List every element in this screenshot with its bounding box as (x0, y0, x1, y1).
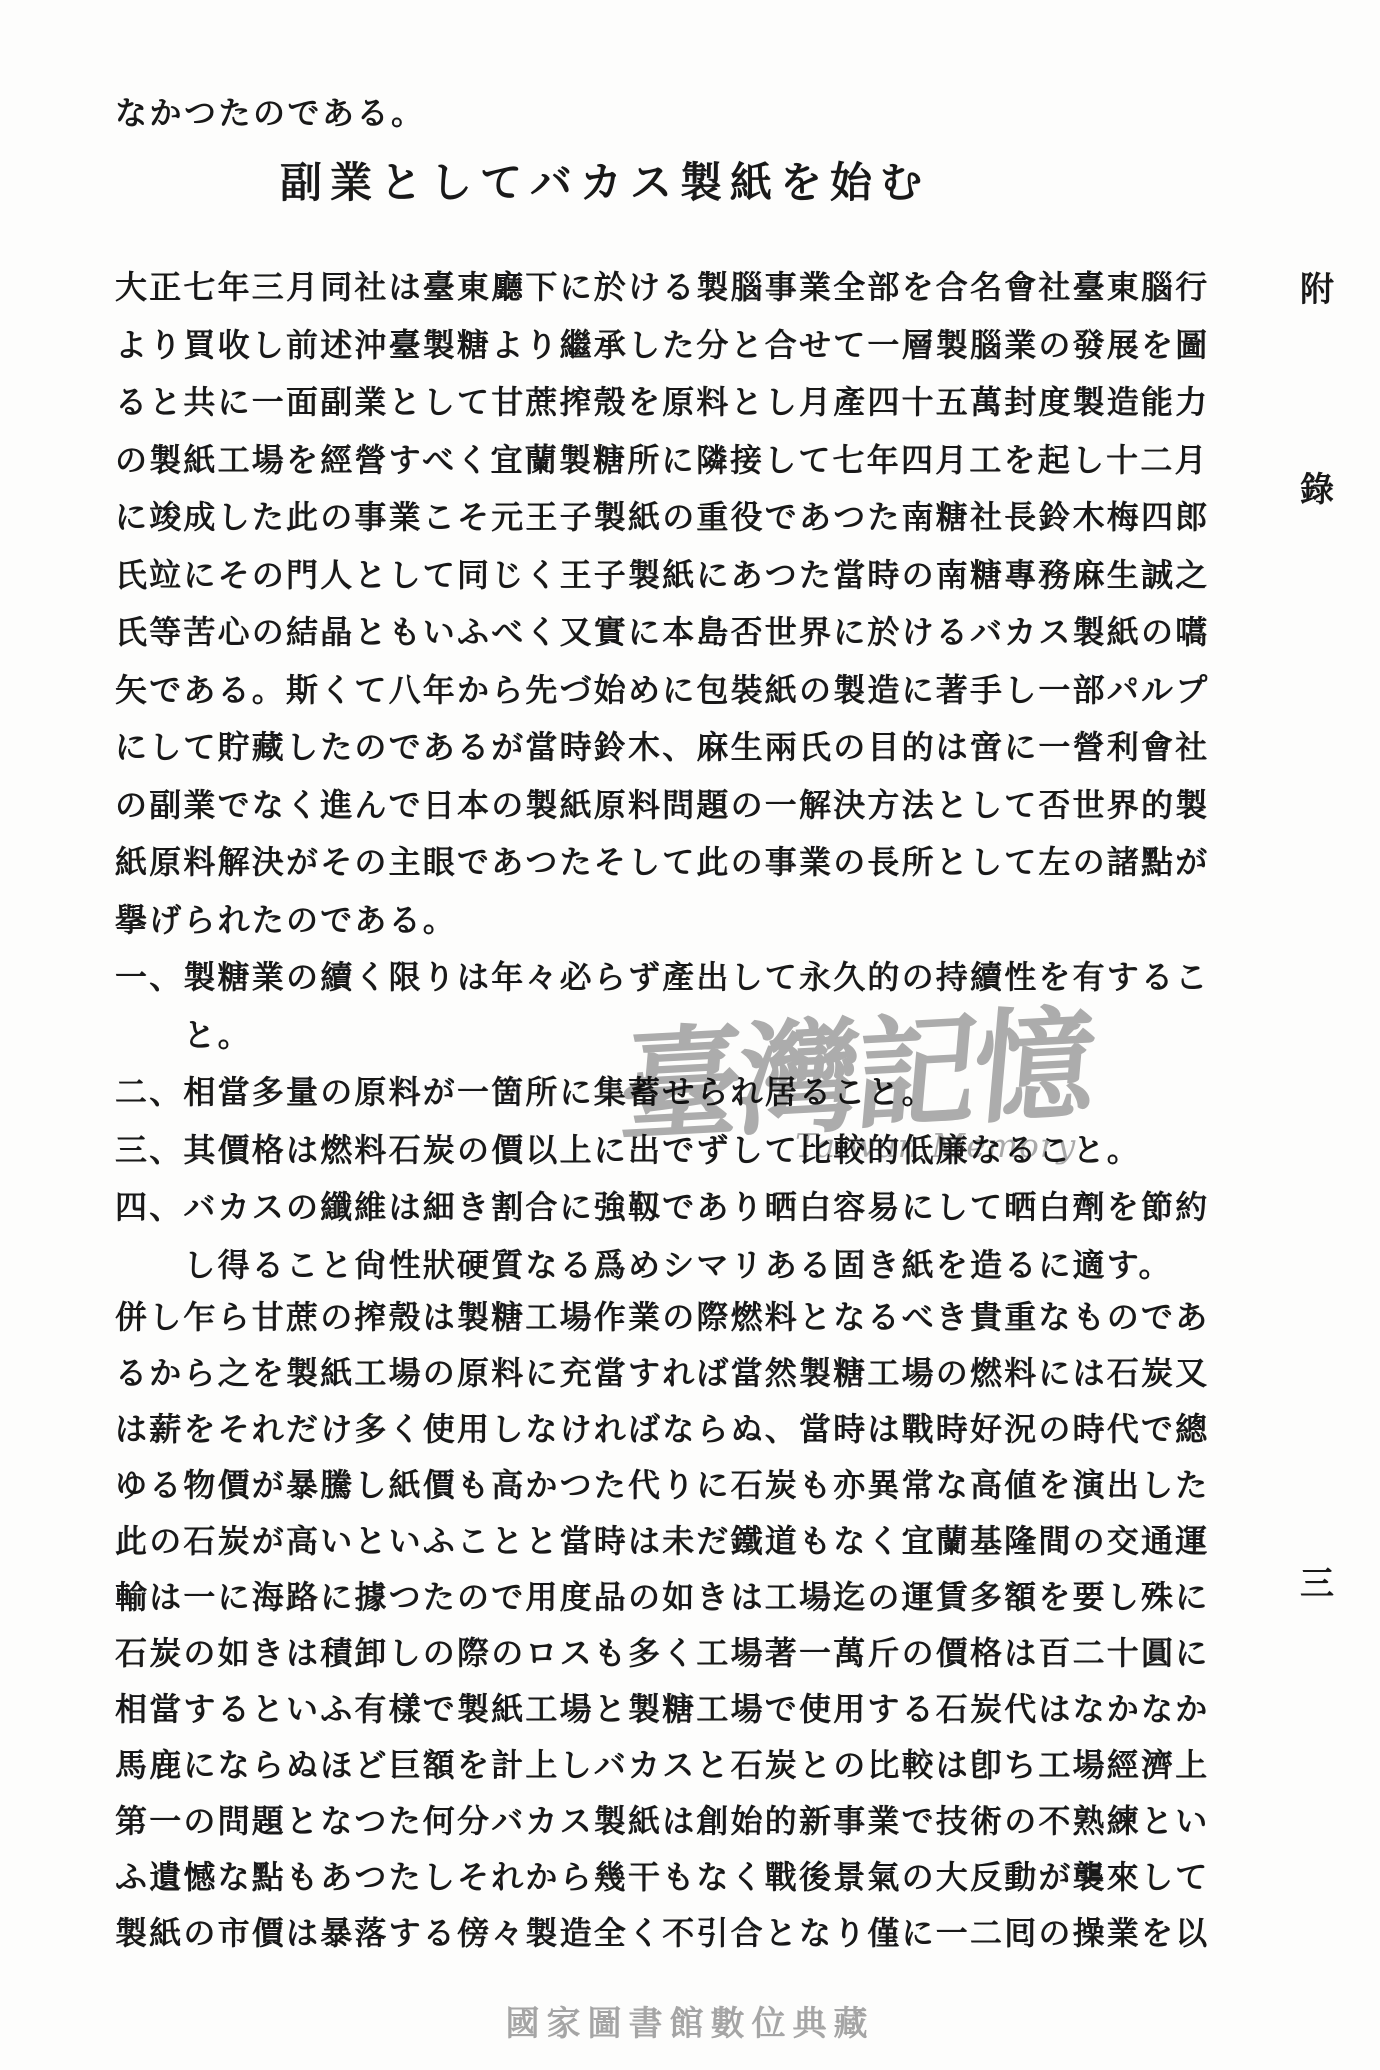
text-line: 四、バカスの纖維は細き割合に強靱であり晒白容易にして晒白劑を節約 (115, 1182, 1255, 1240)
text-line: 二、相當多量の原料が一箇所に集蓄せられ居ること。 (115, 1067, 1255, 1125)
text-line: 此の石炭が高いといふことと當時は未だ鐵道もなく宜蘭基隆間の交通運 (115, 1516, 1255, 1572)
text-line: 輸は一に海路に據つたので用度品の如きは工場迄の運賃多額を要し殊に (115, 1572, 1255, 1628)
text-line: 石炭の如きは積卸しの際のロスも多く工場著一萬斤の價格は百二十圓に (115, 1628, 1255, 1684)
text-line: ふ遺憾な點もあつたしそれから幾干もなく戰後景氣の大反動が襲來して (115, 1852, 1255, 1908)
section-heading: 副業としてバカス製紙を始む (115, 150, 1250, 210)
page-number: 三 (1300, 1556, 1334, 1605)
text-line: 大正七年三月同社は臺東廳下に於ける製腦事業全部を合名會社臺東腦行 (115, 262, 1255, 320)
text-line: にして貯藏したのであるが當時鈴木、麻生兩氏の目的は啻に一營利會社 (115, 722, 1255, 780)
text-line: 氏等苦心の結晶ともいふべく又實に本島否世界に於けるバカス製紙の嚆 (115, 607, 1255, 665)
text-line: 馬鹿にならぬほど巨額を計上しバカスと石炭との比較は卽ち工場經濟上 (115, 1740, 1255, 1796)
text-line: 三、其價格は燃料石炭の價以上に出でずして比較的低廉なること。 (115, 1125, 1255, 1183)
text-line: るから之を製紙工場の原料に充當すれば當然製糖工場の燃料には石炭又 (115, 1348, 1255, 1404)
margin-note-appendix-1: 附 (1300, 262, 1334, 311)
text-line: 紙原料解決がその主眼であつたそして此の事業の長所として左の諸點が (115, 837, 1255, 895)
library-footer-caption: 國家圖書館數位典藏 (0, 1996, 1380, 2045)
opening-line: なかつたのである。 (115, 88, 426, 134)
text-line: し得ること尙性狀硬質なる爲めシマリある固き紙を造るに適す。 (115, 1240, 1255, 1298)
paragraph-1: 大正七年三月同社は臺東廳下に於ける製腦事業全部を合名會社臺東腦行より買收し前述沖… (115, 262, 1255, 952)
text-line: 製紙の市價は暴落する傍々製造全く不引合となり僅に一二囘の操業を以 (115, 1908, 1255, 1964)
text-line: 併し乍ら甘蔗の搾殼は製糖工場作業の際燃料となるべき貴重なものであ (115, 1292, 1255, 1348)
text-line: 相當するといふ有樣で製紙工場と製糖工場で使用する石炭代はなかなか (115, 1684, 1255, 1740)
text-line: ると共に一面副業として甘蔗搾殼を原料とし月產四十五萬封度製造能力 (115, 377, 1255, 435)
text-line: 矢である。斯くて八年から先づ始めに包裝紙の製造に著手し一部パルプ (115, 665, 1255, 723)
text-line: の副業でなく進んで日本の製紙原料問題の一解決方法として否世界的製 (115, 780, 1255, 838)
text-line: に竣成した此の事業こそ元王子製紙の重役であつた南糖社長鈴木梅四郎 (115, 492, 1255, 550)
text-line: は薪をそれだけ多く使用しなければならぬ、當時は戰時好況の時代で總 (115, 1404, 1255, 1460)
text-line: 氏竝にその門人として同じく王子製紙にあつた當時の南糖專務麻生誠之 (115, 550, 1255, 608)
text-line: 擧げられたのである。 (115, 895, 1255, 953)
text-line: より買收し前述沖臺製糖より繼承した分と合せて一層製腦業の發展を圖 (115, 320, 1255, 378)
paragraph-2: 併し乍ら甘蔗の搾殼は製糖工場作業の際燃料となるべき貴重なものであるから之を製紙工… (115, 1292, 1255, 1964)
scanned-document-page: なかつたのである。 副業としてバカス製紙を始む 大正七年三月同社は臺東廳下に於け… (0, 0, 1380, 2070)
text-line: と。 (115, 1010, 1255, 1068)
text-line: の製紙工場を經營すべく宜蘭製糖所に隣接して七年四月工を起し十二月 (115, 435, 1255, 493)
text-line: 第一の問題となつた何分バカス製紙は創始的新事業で技術の不熟練とい (115, 1796, 1255, 1852)
numbered-list: 一、製糖業の續く限りは年々必らず產出して永久的の持續性を有するこ と。二、相當多… (115, 952, 1255, 1297)
margin-note-appendix-2: 錄 (1300, 462, 1334, 511)
text-line: ゆる物價が暴騰し紙價も高かつた代りに石炭も亦異常な高値を演出した (115, 1460, 1255, 1516)
text-line: 一、製糖業の續く限りは年々必らず產出して永久的の持續性を有するこ (115, 952, 1255, 1010)
